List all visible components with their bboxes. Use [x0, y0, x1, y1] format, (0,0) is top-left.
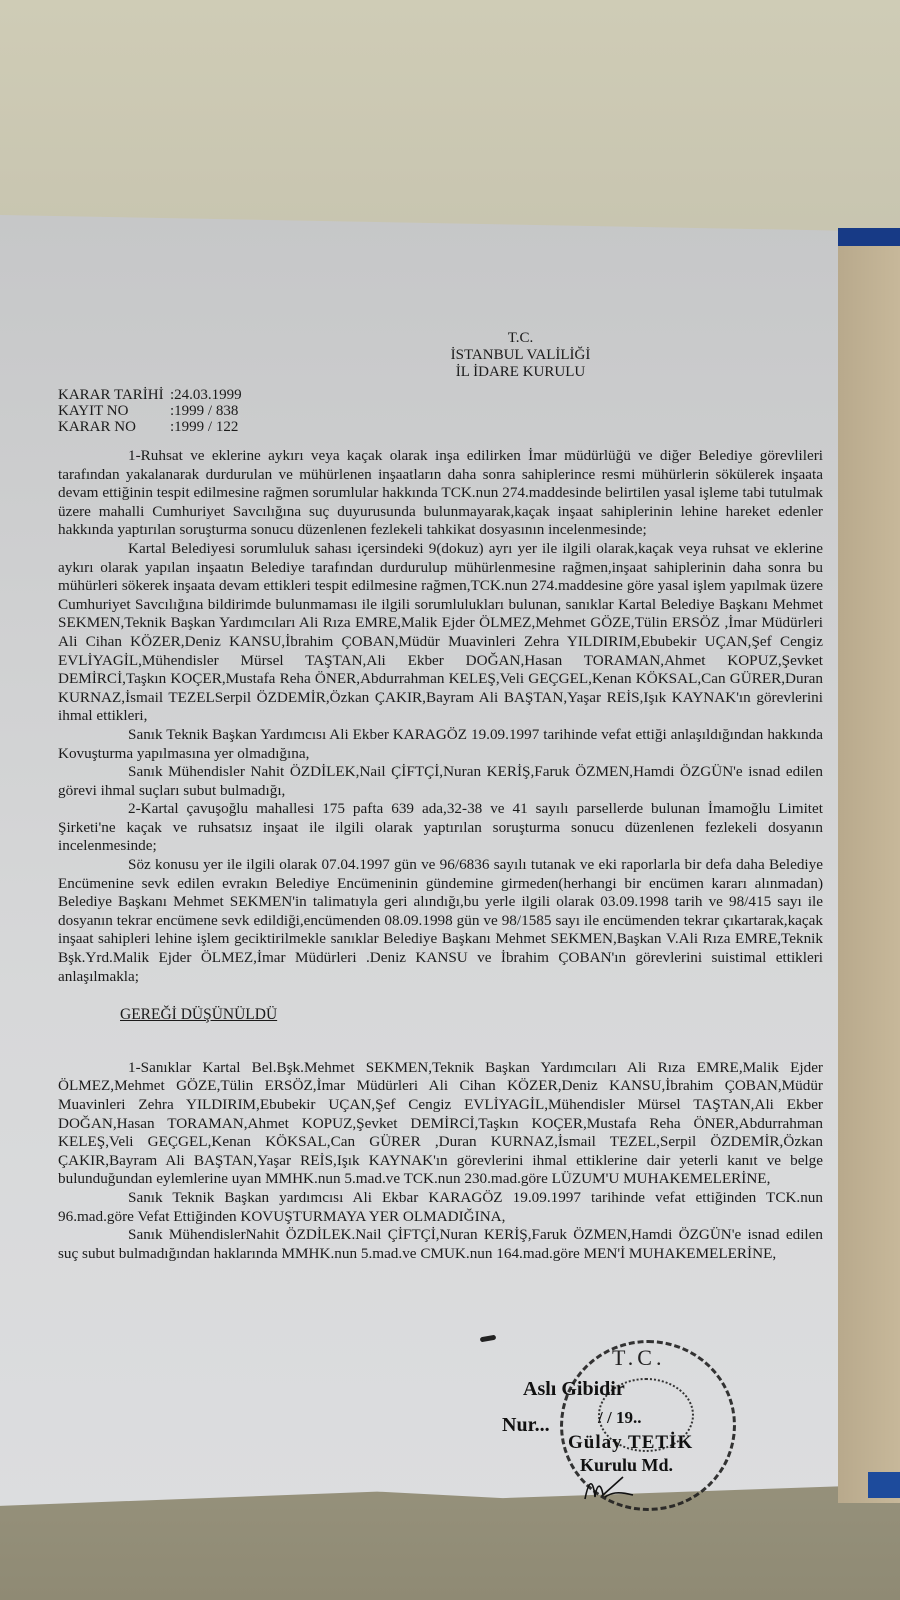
paragraph: 1-Ruhsat ve eklerine aykırı veya kaçak o… [58, 447, 823, 540]
meta-label: KAYIT NO [58, 403, 170, 419]
paragraph: Sanık Mühendisler Nahit ÖZDİLEK,Nail ÇİF… [58, 763, 823, 800]
meta-label: KARAR TARİHİ [58, 387, 170, 403]
document-header: T.C. İSTANBUL VALİLİĞİ İL İDARE KURULU [218, 330, 823, 381]
meta-value: :1999 / 122 [170, 419, 238, 435]
stamp-date: / / 19.. [598, 1408, 641, 1428]
certified-copy-text: Aslı Gibidir [523, 1378, 625, 1401]
paragraph: 1-Sanıklar Kartal Bel.Bşk.Mehmet SEKMEN,… [58, 1059, 823, 1189]
stamp-title: Kurulu Md. [580, 1455, 673, 1476]
header-tc: T.C. [218, 330, 823, 347]
section-heading: GEREĞİ DÜŞÜNÜLDÜ [120, 1006, 823, 1025]
stamp-line-nur: Nur... [502, 1414, 550, 1437]
binder-background [838, 228, 900, 1503]
meta-row-registry: KAYIT NO :1999 / 838 [58, 403, 823, 419]
stamp-name: Gülay TETİK [568, 1432, 693, 1454]
header-kurul: İL İDARE KURULU [218, 364, 823, 381]
paragraph: Söz konusu yer ile ilgili olarak 07.04.1… [58, 856, 823, 986]
stamp-tc: T.C. [612, 1345, 665, 1371]
meta-row-decision: KARAR NO :1999 / 122 [58, 419, 823, 435]
meta-value: :1999 / 838 [170, 403, 238, 419]
binder-blue-strip [838, 228, 900, 246]
paragraph: Sanık MühendislerNahit ÖZDİLEK.Nail ÇİFT… [58, 1226, 823, 1263]
meta-row-date: KARAR TARİHİ :24.03.1999 [58, 387, 823, 403]
meta-value: :24.03.1999 [170, 387, 242, 403]
paragraph: Sanık Teknik Başkan yardımcısı Ali Ekbar… [58, 1189, 823, 1226]
header-valilik: İSTANBUL VALİLİĞİ [218, 347, 823, 364]
paragraph: Kartal Belediyesi sorumluluk sahası içer… [58, 540, 823, 726]
paragraph: 2-Kartal çavuşoğlu mahallesi 175 pafta 6… [58, 800, 823, 856]
document-body: T.C. İSTANBUL VALİLİĞİ İL İDARE KURULU K… [58, 330, 823, 1263]
decision-meta: KARAR TARİHİ :24.03.1999 KAYIT NO :1999 … [58, 387, 823, 435]
meta-label: KARAR NO [58, 419, 170, 435]
signature-icon [583, 1475, 638, 1501]
binder-blue-strip-bottom [868, 1472, 900, 1498]
paragraph: Sanık Teknik Başkan Yardımcısı Ali Ekber… [58, 726, 823, 763]
